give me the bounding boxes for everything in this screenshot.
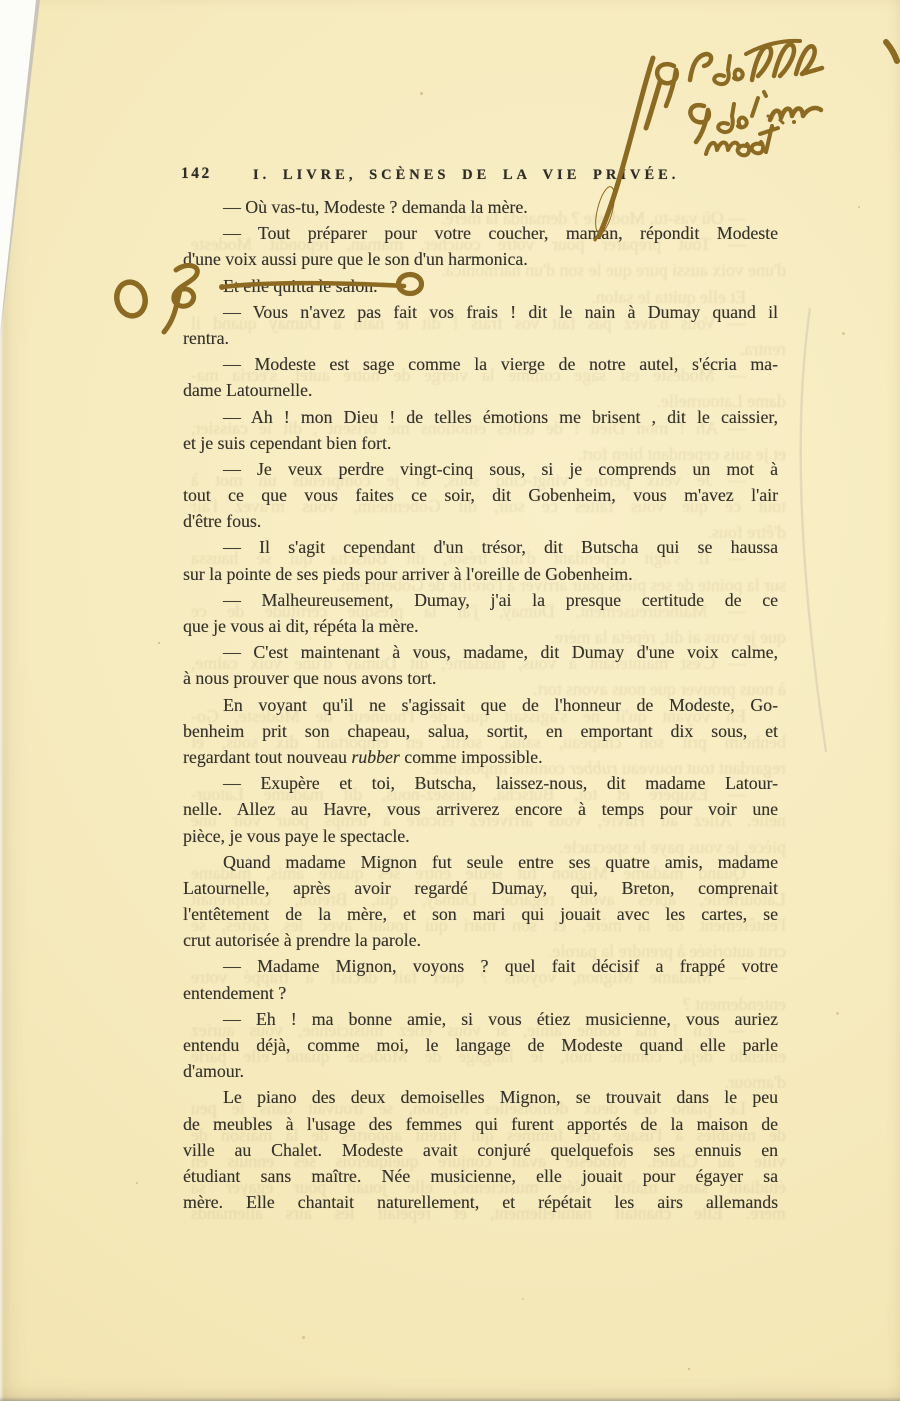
- text-line: regardant tout nouveau rubber comme impo…: [183, 744, 778, 770]
- ink-speck: [420, 92, 423, 95]
- ink-speck: [136, 1182, 138, 1184]
- text-line: à nous prouver que nous avons tort.: [183, 665, 778, 691]
- text-line: nelle. Allez au Havre, vous arriverez en…: [183, 796, 778, 822]
- text-line: — Il s'agit cependant d'un trésor, dit B…: [183, 534, 778, 560]
- text-line: entendement ?: [183, 980, 778, 1006]
- page-number: 142: [181, 165, 212, 183]
- text-line: benheim prit son chapeau, salua, sortit,…: [183, 718, 778, 744]
- text-line: d'amour.: [183, 1058, 778, 1084]
- text-line: entendu déjà, comme moi, le langage de M…: [183, 1032, 778, 1058]
- text-line: En voyant qu'il ne s'agissait que de l'h…: [183, 692, 778, 718]
- ink-speck: [302, 1336, 305, 1339]
- text-line: — Ah ! mon Dieu ! de telles émotions me …: [183, 404, 778, 430]
- book-page: 142 I. LIVRE, SCÈNES DE LA VIE PRIVÉE. —…: [0, 0, 900, 1401]
- text-line: d'une voix aussi pure que le son d'un ha…: [183, 246, 778, 272]
- text-line: ville au Chalet. Modeste avait conjuré q…: [183, 1137, 778, 1163]
- text-line: d'être fous.: [183, 508, 778, 534]
- text-line: et je suis cependant bien fort.: [183, 430, 778, 456]
- faint-pencil-arc: [790, 300, 860, 760]
- text-line: étudiant sans maître. Née musicienne, el…: [183, 1163, 778, 1189]
- text-line: — C'est maintenant à vous, madame, dit D…: [183, 639, 778, 665]
- text-line: Quand madame Mignon fut seule entre ses …: [183, 849, 778, 875]
- ink-speck: [522, 1298, 524, 1300]
- scanner-background: 142 I. LIVRE, SCÈNES DE LA VIE PRIVÉE. —…: [0, 0, 900, 1401]
- ink-speck: [836, 1012, 839, 1015]
- text-line: pièce, je vous paye le spectacle.: [183, 823, 778, 849]
- text-line: de meubles à l'usage des femmes qui fure…: [183, 1111, 778, 1137]
- text-line: dame Latournelle.: [183, 377, 778, 403]
- text-line: l'entêtement de la mère, et son mari qui…: [183, 901, 778, 927]
- text-line: rentra.: [183, 325, 778, 351]
- ink-speck: [688, 1368, 690, 1370]
- ink-speck: [158, 642, 160, 644]
- ink-speck: [842, 332, 845, 335]
- text-line: tout ce que vous faites ce soir, dit Gob…: [183, 482, 778, 508]
- text-line: — Je veux perdre vingt-cinq sous, si je …: [183, 456, 778, 482]
- text-line: Latournelle, après avoir regardé Dumay, …: [183, 875, 778, 901]
- text-line: — Malheureusement, Dumay, j'ai la presqu…: [183, 587, 778, 613]
- page-bottom-edge: [0, 1397, 900, 1401]
- ink-strikethrough: [214, 270, 440, 306]
- text-line: — Eh ! ma bonne amie, si vous étiez musi…: [183, 1006, 778, 1032]
- text-line: que je vous ai dit, répéta la mère.: [183, 613, 778, 639]
- handwritten-margin-note: [106, 256, 216, 348]
- text-line: — Madame Mignon, voyons ? quel fait déci…: [183, 953, 778, 979]
- text-line: crut autorisée à prendre la parole.: [183, 927, 778, 953]
- text-line: Le piano des deux demoiselles Mignon, se…: [183, 1084, 778, 1110]
- handwritten-corner-note: [588, 28, 900, 248]
- text-line: mère. Elle chantait naturellement, et ré…: [183, 1189, 778, 1215]
- text-line: — Modeste est sage comme la vierge de no…: [183, 351, 778, 377]
- text-line: sur la pointe de ses pieds pour arriver …: [183, 561, 778, 587]
- body-text: — Où vas-tu, Modeste ? demanda la mère.—…: [183, 194, 778, 1215]
- text-line: — Exupère et toi, Butscha, laissez-nous,…: [183, 770, 778, 796]
